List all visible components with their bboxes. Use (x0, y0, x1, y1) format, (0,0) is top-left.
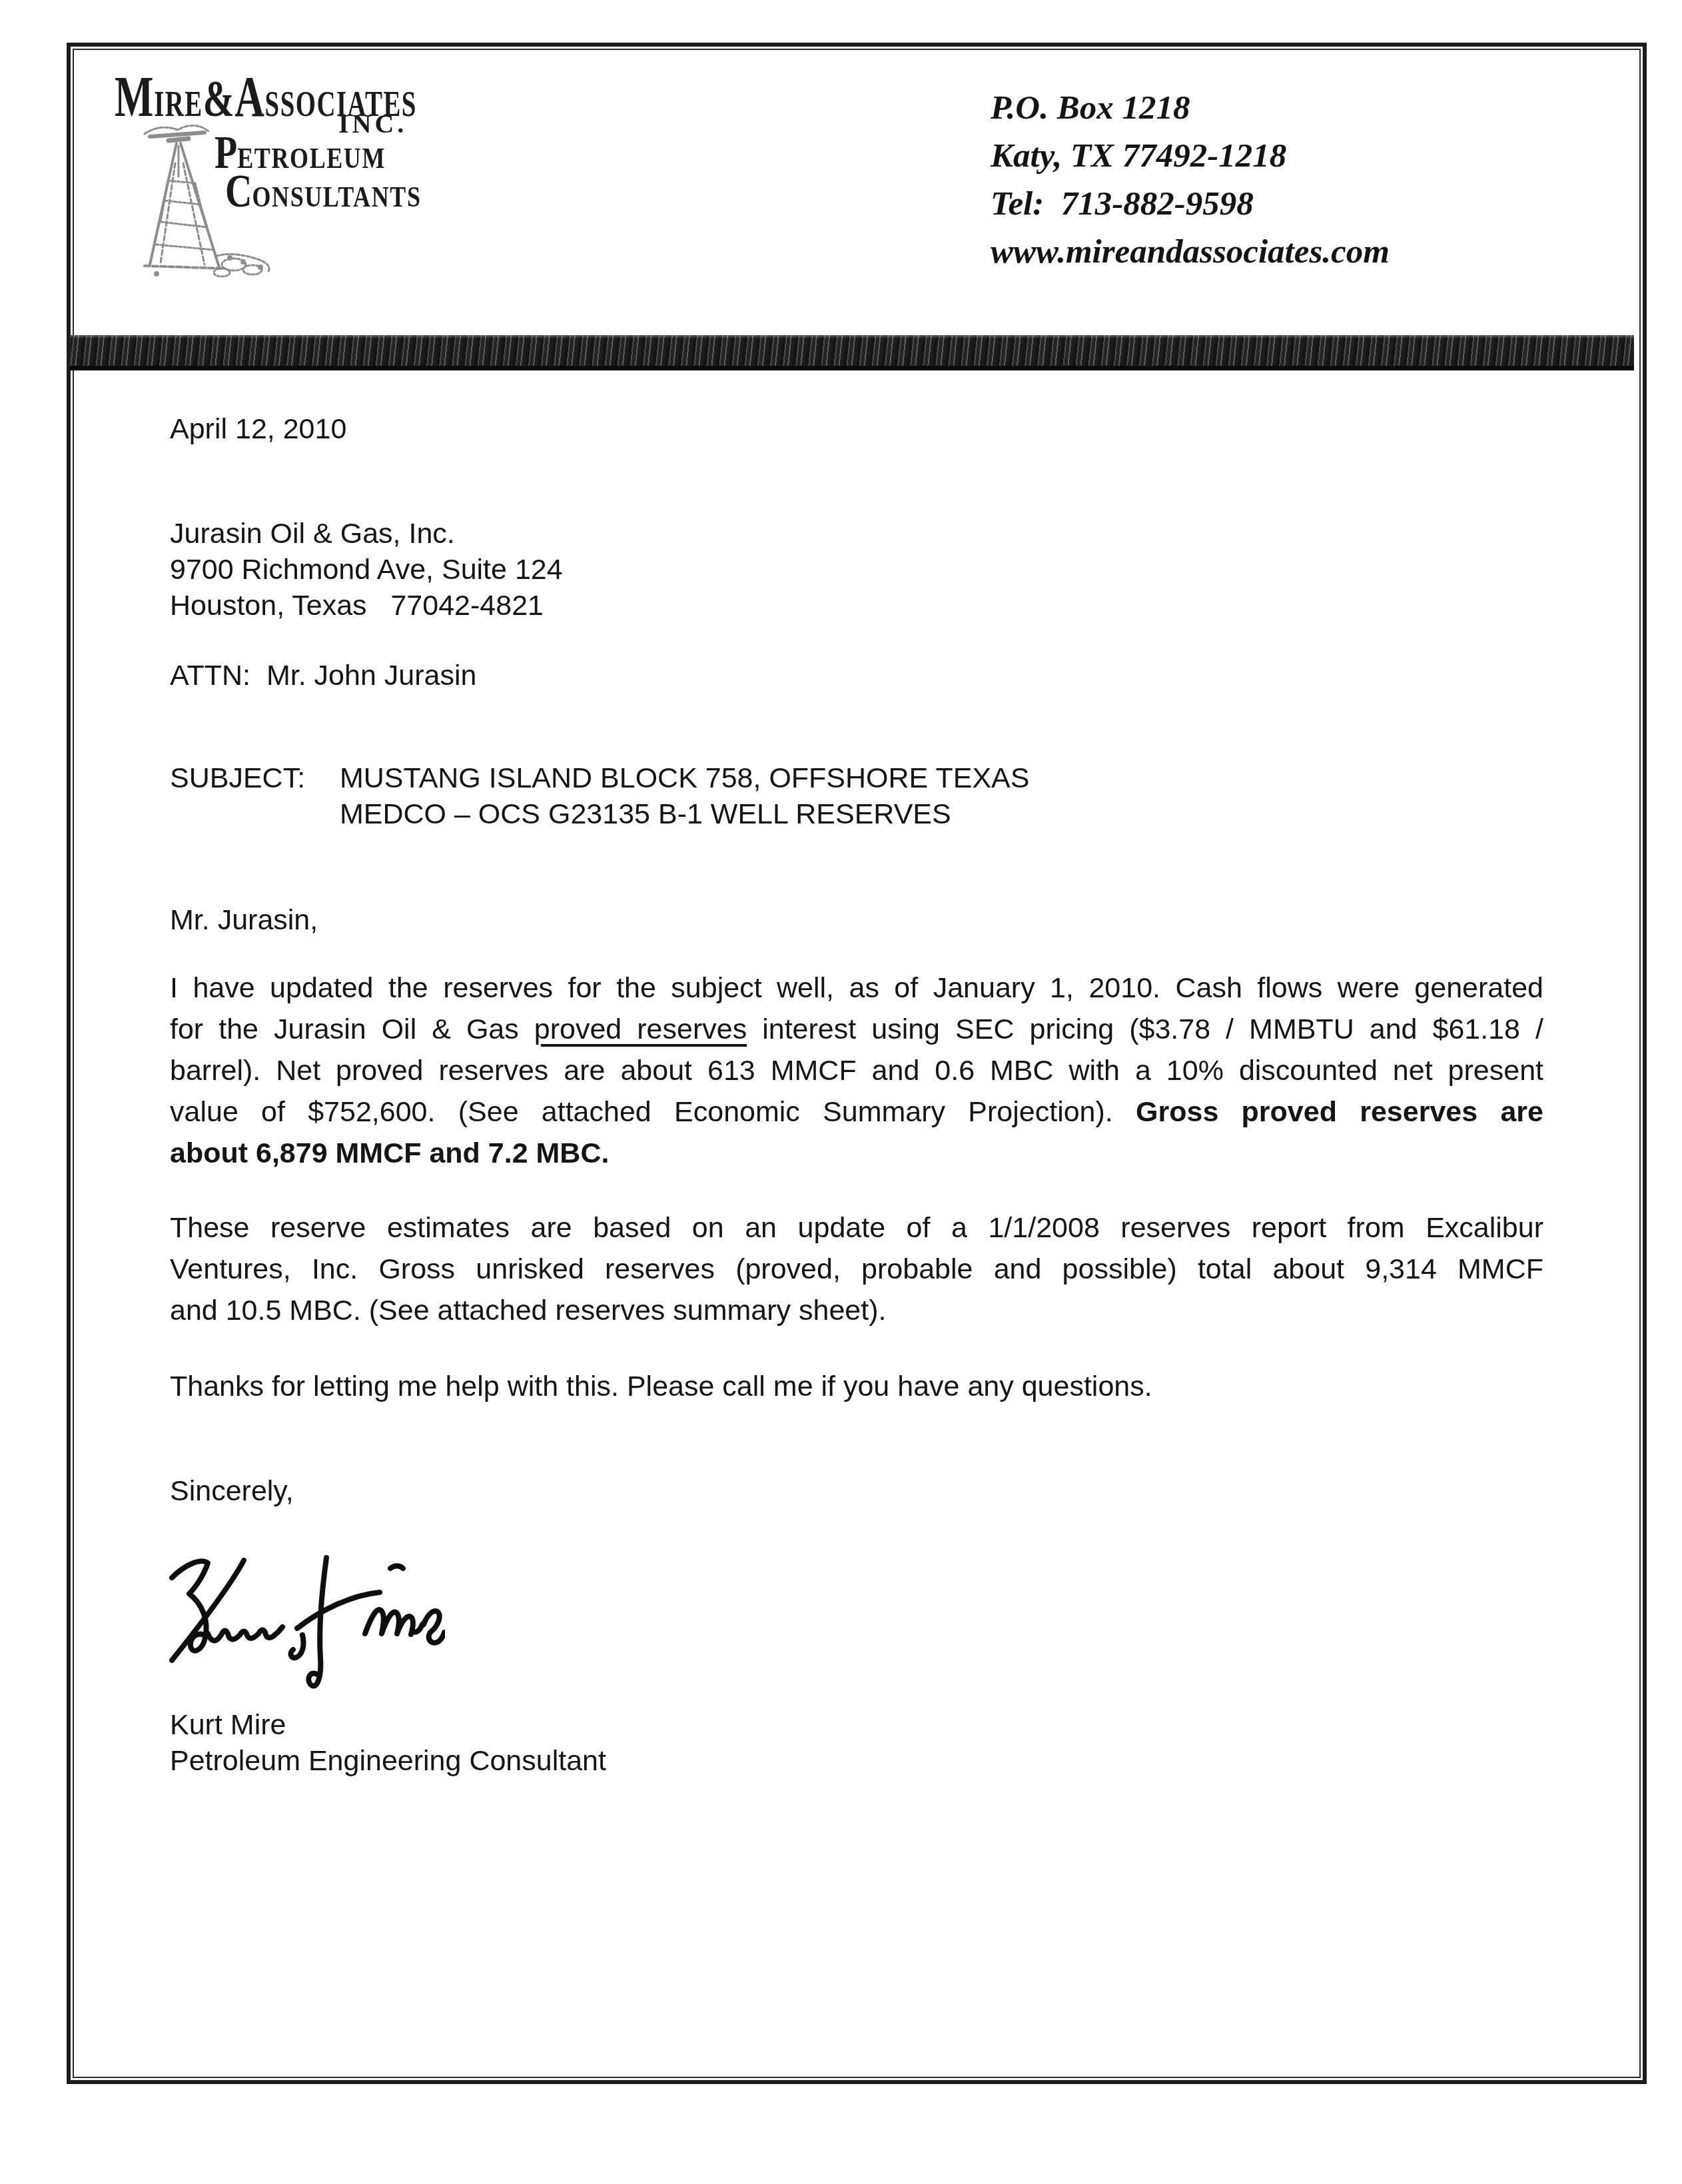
p1-l2-plain-a: for the Jurasin Oil & Gas (170, 1013, 534, 1045)
logo-letter-m: M (115, 65, 154, 129)
city-line: Katy, TX 77492-1218 (991, 132, 1470, 180)
paragraph-2: These reserve estimates are based on an … (170, 1207, 1543, 1331)
recipient-company: Jurasin Oil & Gas, Inc. (170, 516, 563, 552)
company-logo: MIRE&ASSOCIATES INC. PETROLEUM CONSULTAN… (115, 67, 434, 286)
subject-line-1: MUSTANG ISLAND BLOCK 758, OFFSHORE TEXAS (340, 760, 1029, 796)
p1-line2: for the Jurasin Oil & Gas proved reserve… (170, 1009, 1543, 1050)
recipient-citystate: Houston, Texas 77042-4821 (170, 588, 563, 624)
signer-name: Kurt Mire (170, 1707, 606, 1743)
p1-line4: value of $752,600. (See attached Economi… (170, 1091, 1543, 1133)
attn-line: ATTN: Mr. John Jurasin (170, 658, 476, 694)
po-box-line: P.O. Box 1218 (991, 84, 1470, 132)
letter-date: April 12, 2010 (170, 411, 346, 447)
p1-line1: I have updated the reserves for the subj… (170, 967, 1543, 1009)
p1-line5-bold: about 6,879 MMCF and 7.2 MBC. (170, 1133, 1543, 1174)
recipient-street: 9700 Richmond Ave, Suite 124 (170, 552, 563, 588)
logo-letter-c: C (225, 166, 252, 217)
phone-line: Tel: 713-882-9598 (991, 180, 1470, 228)
p1-bold-gross-reserves: Gross proved reserves are (1136, 1096, 1543, 1128)
subject-label: SUBJECT: (170, 760, 305, 796)
salutation: Mr. Jurasin, (170, 902, 318, 938)
website-line: www.mireandassociates.com (991, 228, 1470, 276)
p2-line3: and 10.5 MBC. (See attached reserves sum… (170, 1290, 1543, 1331)
paragraph-3: Thanks for letting me help with this. Pl… (170, 1368, 1152, 1404)
p1-line3: barrel). Net proved reserves are about 6… (170, 1050, 1543, 1091)
closing: Sincerely, (170, 1473, 294, 1509)
p1-l2-plain-b: interest using SEC pricing ($3.78 / MMBT… (747, 1013, 1543, 1045)
logo-text-onsultants: ONSULTANTS (252, 180, 421, 213)
logo-consultants: CONSULTANTS (225, 165, 422, 219)
signer-block: Kurt Mire Petroleum Engineering Consulta… (170, 1707, 606, 1779)
signer-title: Petroleum Engineering Consultant (170, 1743, 606, 1779)
p1-underlined-proved-reserves: proved reserves (534, 1013, 747, 1045)
logo-letter-a: A (234, 65, 264, 129)
paragraph-1: I have updated the reserves for the subj… (170, 967, 1543, 1174)
p1-l4-plain: value of $752,600. (See attached Economi… (170, 1096, 1136, 1128)
subject-text: MUSTANG ISLAND BLOCK 758, OFFSHORE TEXAS… (340, 760, 1029, 832)
letterhead-contact-block: P.O. Box 1218 Katy, TX 77492-1218 Tel: 7… (991, 84, 1470, 276)
p2-line1: These reserve estimates are based on an … (170, 1207, 1543, 1249)
p2-line2: Ventures, Inc. Gross unrisked reserves (… (170, 1249, 1543, 1290)
logo-ampersand: & (203, 69, 235, 127)
scanned-letter-page: MIRE&ASSOCIATES INC. PETROLEUM CONSULTAN… (0, 0, 1682, 2184)
recipient-address: Jurasin Oil & Gas, Inc. 9700 Richmond Av… (170, 516, 563, 624)
logo-text-ire: IRE (154, 84, 203, 124)
subject-line-2: MEDCO – OCS G23135 B-1 WELL RESERVES (340, 796, 1029, 832)
letterhead-divider-bar (70, 335, 1634, 370)
